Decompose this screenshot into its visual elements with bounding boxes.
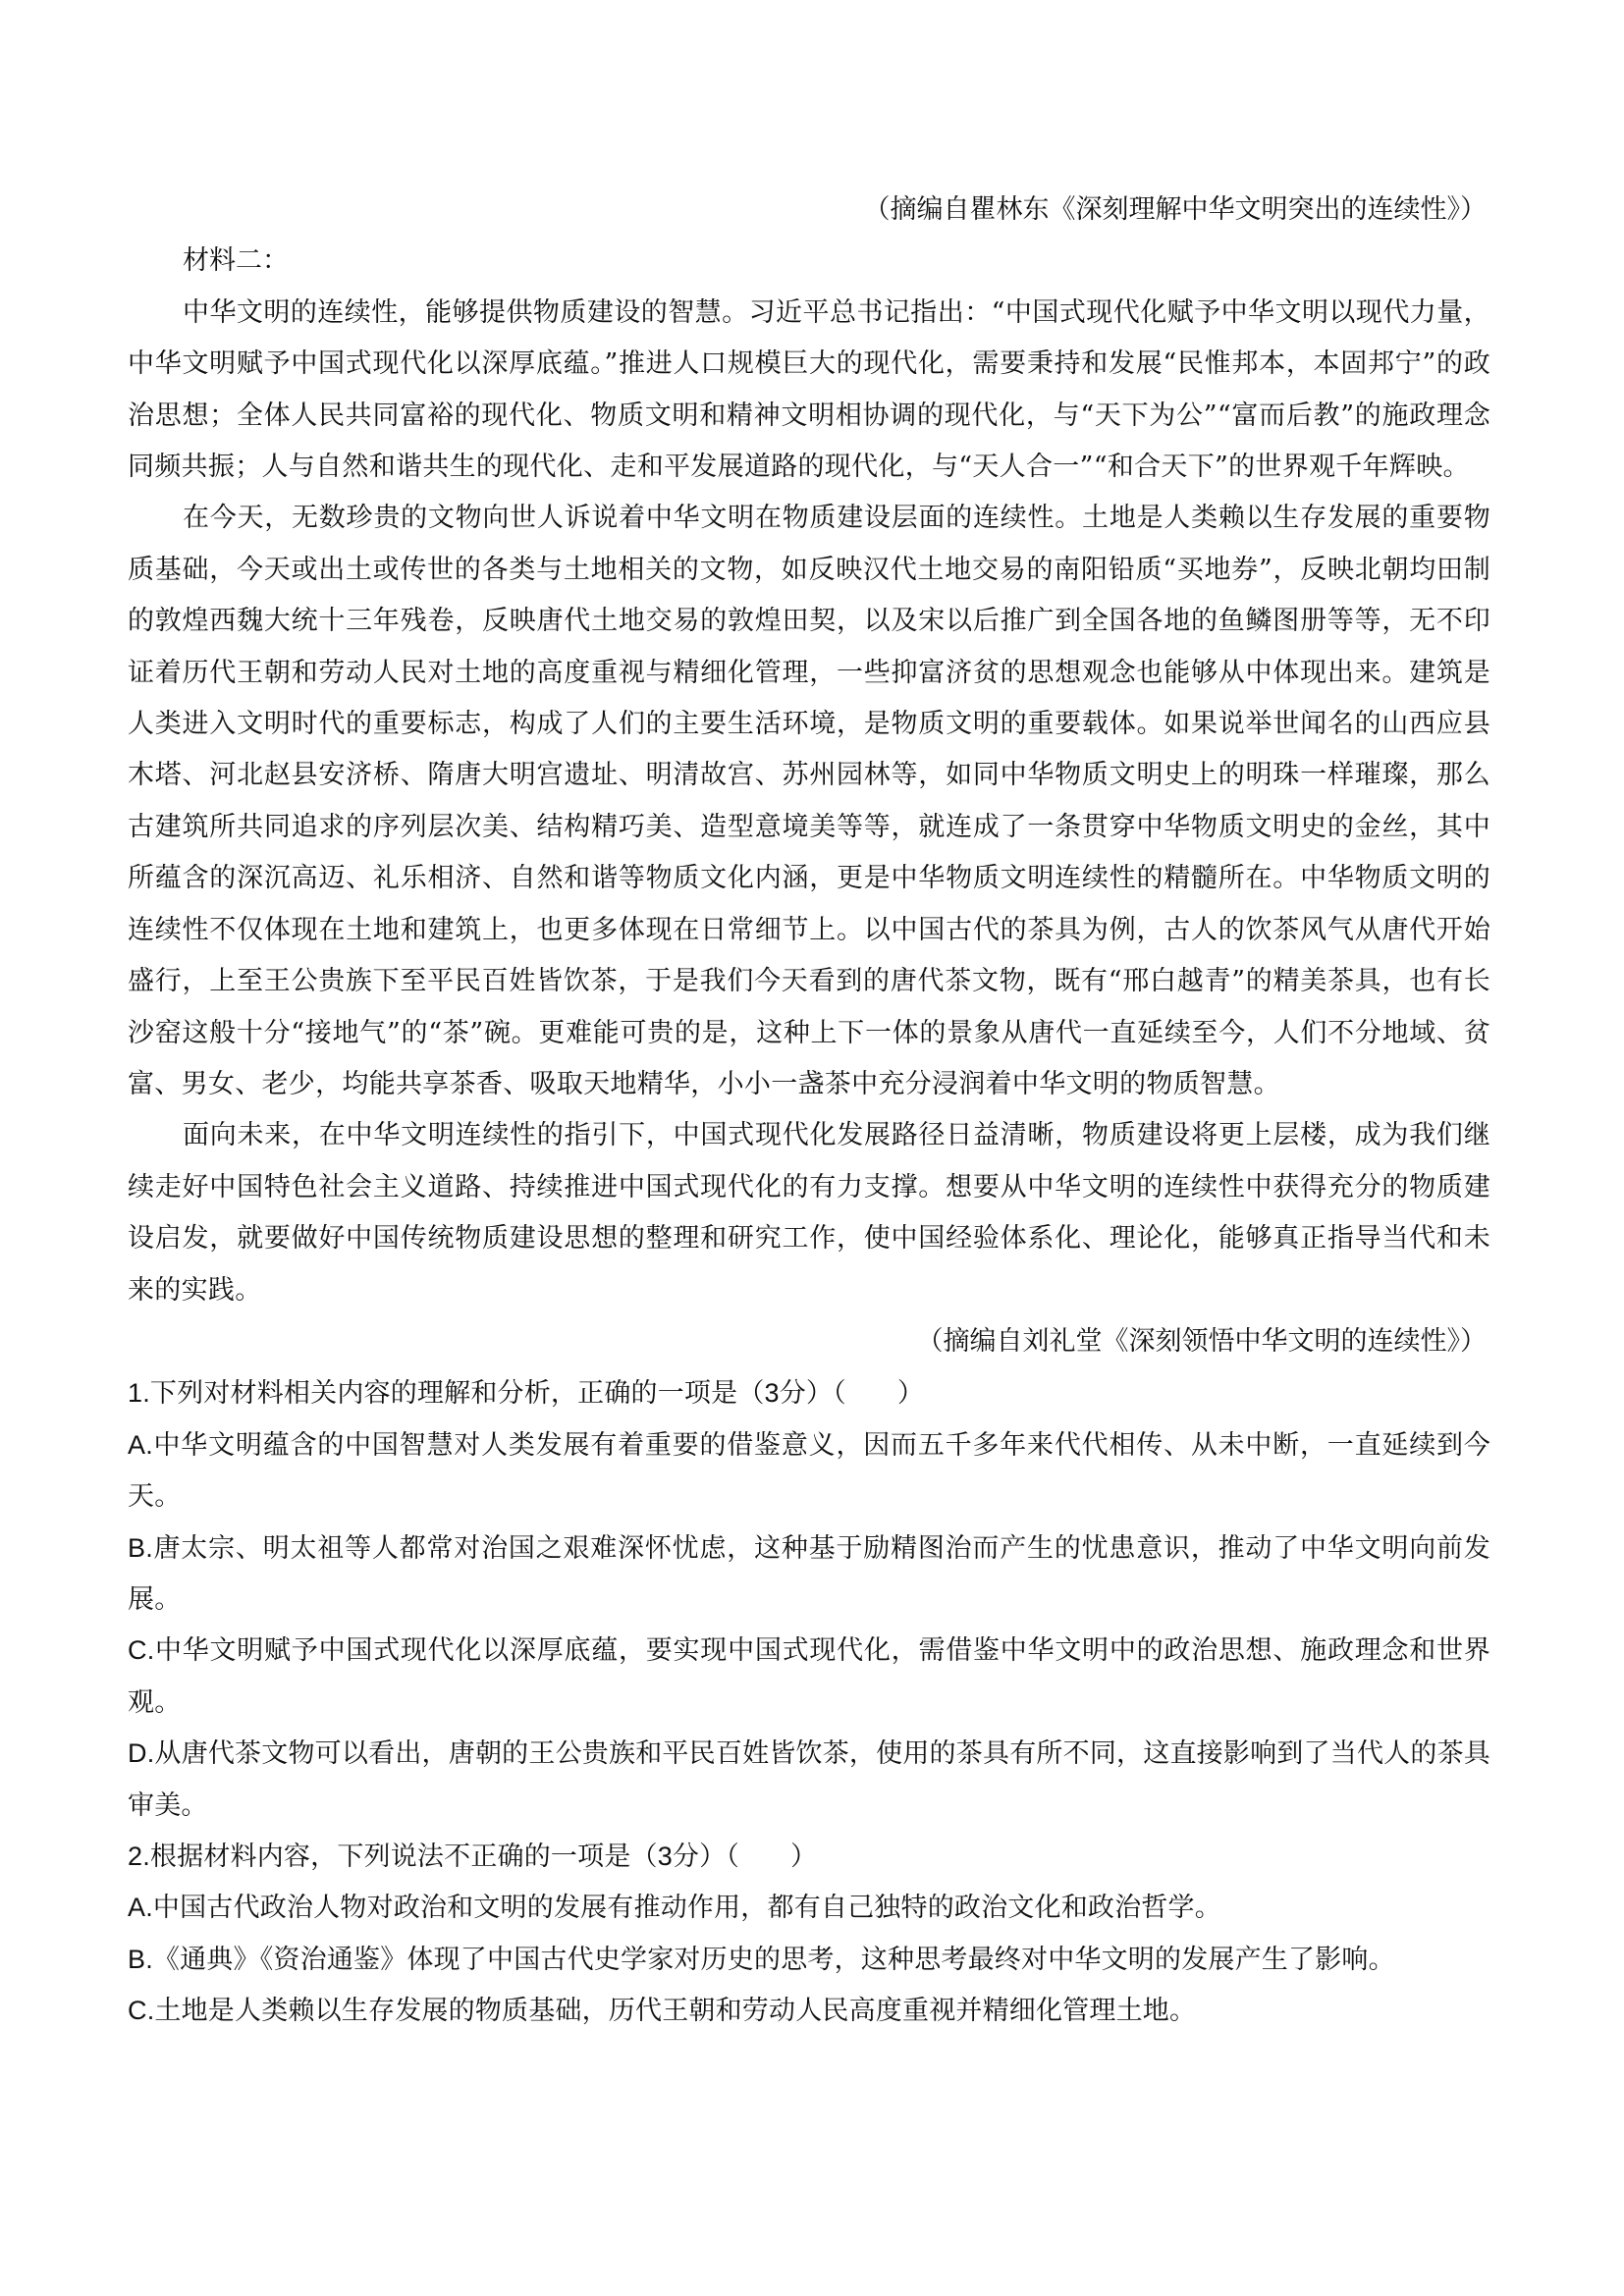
question-2: 2.根据材料内容，下列说法不正确的一项是（3分）（） A.中国古代政治人物对政治… — [128, 1831, 1490, 2037]
question-2-option-b: B.《通典》《资治通鉴》体现了中国古代史学家对历史的思考，这种思考最终对中华文明… — [128, 1934, 1490, 1985]
question-1-option-c: C.中华文明赋予中国式现代化以深厚底蕴，要实现中国式现代化，需借鉴中华文明中的政… — [128, 1625, 1490, 1728]
question-2-option-c: C.土地是人类赖以生存发展的物质基础，历代王朝和劳动人民高度重视并精细化管理土地… — [128, 1985, 1490, 2036]
question-2-option-a: A.中国古代政治人物对政治和文明的发展有推动作用，都有自己独特的政治文化和政治哲… — [128, 1882, 1490, 1933]
material-2-paragraph-1: 中华文明的连续性，能够提供物质建设的智慧。习近平总书记指出：“中国式现代化赋予中… — [128, 288, 1490, 494]
material-2-paragraph-3: 面向未来，在中华文明连续性的指引下，中国式现代化发展路径日益清晰，物质建设将更上… — [128, 1110, 1490, 1316]
question-1-option-a: A.中华文明蕴含的中国智慧对人类发展有着重要的借鉴意义，因而五千多年来代代相传、… — [128, 1419, 1490, 1522]
material-2-paragraph-2: 在今天，无数珍贵的文物向世人诉说着中华文明在物质建设层面的连续性。土地是人类赖以… — [128, 493, 1490, 1110]
question-2-text: 2.根据材料内容，下列说法不正确的一项是（3分）（ — [128, 1842, 739, 1871]
question-1-stem: 1.下列对材料相关内容的理解和分析，正确的一项是（3分）（） — [128, 1367, 1490, 1418]
question-1-option-d: D.从唐代茶文物可以看出，唐朝的王公贵族和平民百姓皆饮茶，使用的茶具有所不同，这… — [128, 1728, 1490, 1831]
material-2-label: 材料二： — [128, 236, 1490, 287]
exam-page: （摘编自瞿林东《深刻理解中华文明突出的连续性》） 材料二： 中华文明的连续性，能… — [128, 185, 1490, 2037]
question-2-stem: 2.根据材料内容，下列说法不正确的一项是（3分）（） — [128, 1831, 1490, 1882]
question-1-text: 1.下列对材料相关内容的理解和分析，正确的一项是（3分）（ — [128, 1378, 846, 1408]
question-1-close: ） — [897, 1378, 924, 1408]
question-1: 1.下列对材料相关内容的理解和分析，正确的一项是（3分）（） A.中华文明蕴含的… — [128, 1367, 1490, 1831]
question-2-close: ） — [790, 1842, 817, 1871]
source-citation-2: （摘编自刘礼堂《深刻领悟中华文明的连续性》） — [128, 1316, 1490, 1367]
question-1-option-b: B.唐太宗、明太祖等人都常对治国之艰难深怀忧虑，这种基于励精图治而产生的忧患意识… — [128, 1522, 1490, 1626]
source-citation-1: （摘编自瞿林东《深刻理解中华文明突出的连续性》） — [128, 185, 1490, 236]
